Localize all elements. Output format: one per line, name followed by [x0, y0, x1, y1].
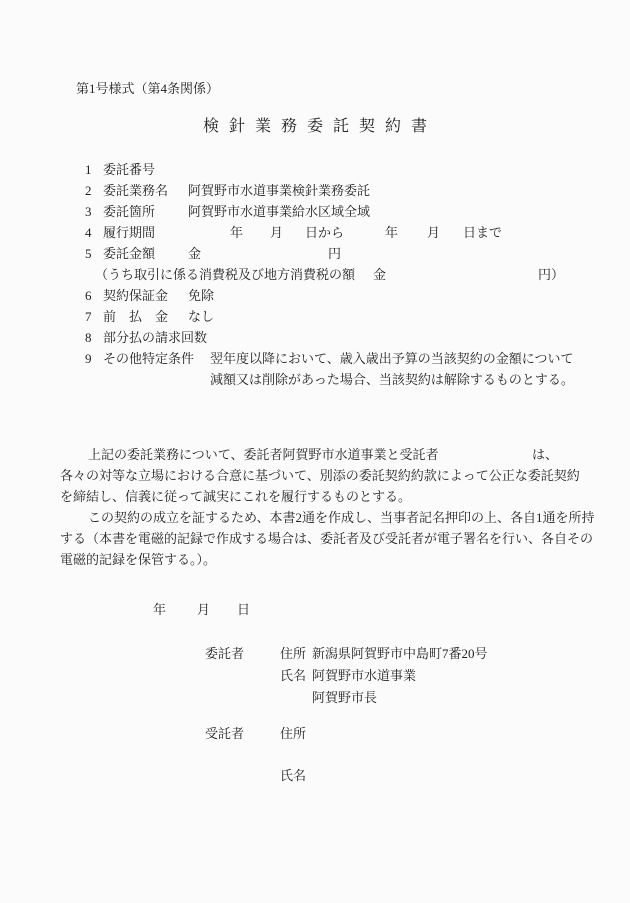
item-5-label: 委託金額 — [103, 246, 155, 261]
date-day-label: 日 — [237, 602, 250, 617]
item-6-label: 契約保証金 — [103, 288, 168, 303]
form-number: 第1号様式（第4条関係） — [76, 81, 219, 96]
item-9-text-line2: 減額又は削除があった場合、当該契約は解除するものとする。 — [210, 372, 574, 387]
item-1-no: 1 — [85, 162, 92, 177]
item-4-month-to: 月 — [427, 225, 440, 240]
item-8-label: 部分払の請求回数 — [103, 330, 207, 345]
consignor-role-label: 委託者 — [205, 646, 244, 661]
paragraph1-line2: 各々の対等な立場における合意に基づいて、別添の委託契約約款によって公正な委託契約 — [60, 468, 580, 483]
item-7-label: 前 払 金 — [103, 309, 168, 324]
item-3-no: 3 — [85, 204, 92, 219]
item-4-day-to: 日まで — [463, 225, 502, 240]
contractor-address-label: 住所 — [280, 726, 306, 741]
item-7-value: なし — [188, 309, 214, 324]
item-5-no: 5 — [85, 246, 92, 261]
paragraph2-line1: この契約の成立を証するため、本書2通を作成し、当事者記名押印の上、各自1通を所持 — [88, 510, 594, 525]
paragraph2-line3: 電磁的記録を保管する。）。 — [60, 552, 216, 567]
item-4-year-to: 年 — [385, 225, 398, 240]
consignor-name-line2: 阿賀野市長 — [312, 690, 377, 705]
date-year-label: 年 — [153, 602, 166, 617]
item-2-value: 阿賀野市水道事業検針業務委託 — [188, 183, 370, 198]
item-2-label: 委託業務名 — [103, 183, 168, 198]
item-9-no: 9 — [85, 351, 92, 366]
consignor-address-label: 住所 — [280, 646, 306, 661]
consignor-name-label: 氏名 — [280, 668, 306, 683]
item-6-value: 免除 — [188, 288, 214, 303]
item-5-tax-amount-prefix: 金 — [373, 267, 386, 282]
item-1-label: 委託番号 — [103, 162, 155, 177]
item-5-amount-prefix: 金 — [188, 246, 201, 261]
item-4-year-from: 年 — [230, 225, 243, 240]
item-5-tax-amount-suffix: 円） — [538, 267, 564, 282]
item-4-no: 4 — [85, 225, 92, 240]
item-9-label: その他特定条件 — [103, 351, 194, 366]
item-5-tax-note-label: （うち取引に係る消費税及び地方消費税の額 — [95, 267, 355, 282]
contract-document-page: 第1号様式（第4条関係） 検針業務委託契約書 1 委託番号 2 委託業務名 阿賀… — [0, 0, 630, 903]
consignor-name-line1: 阿賀野市水道事業 — [312, 668, 416, 683]
item-5-amount-suffix: 円 — [328, 246, 341, 261]
paragraph2-line2: する（本書を電磁的記録で作成する場合は、委託者及び受託者が電子署名を行い、各自そ… — [60, 531, 593, 546]
item-3-label: 委託箇所 — [103, 204, 155, 219]
item-7-no: 7 — [85, 309, 92, 324]
item-4-label: 履行期間 — [103, 225, 155, 240]
item-4-day-from: 日から — [305, 225, 344, 240]
paragraph1-line1-end: は、 — [532, 447, 558, 462]
item-4-month-from: 月 — [270, 225, 283, 240]
item-9-text-line1: 翌年度以降において、歳入歳出予算の当該契約の金額について — [210, 351, 573, 366]
paragraph1-line3: を締結し、信義に従って誠実にこれを履行するものとする。 — [60, 489, 411, 504]
contractor-name-label: 氏名 — [280, 768, 306, 783]
item-8-no: 8 — [85, 330, 92, 345]
contractor-role-label: 受託者 — [205, 726, 244, 741]
item-2-no: 2 — [85, 183, 92, 198]
consignor-address-value: 新潟県阿賀野市中島町7番20号 — [312, 646, 488, 661]
paragraph1-line1: 上記の委託業務について、委託者阿賀野市水道事業と受託者 — [88, 447, 438, 462]
item-6-no: 6 — [85, 288, 92, 303]
item-3-value: 阿賀野市水道事業給水区域全域 — [188, 204, 370, 219]
document-title: 検針業務委託契約書 — [0, 119, 630, 134]
date-month-label: 月 — [197, 602, 210, 617]
